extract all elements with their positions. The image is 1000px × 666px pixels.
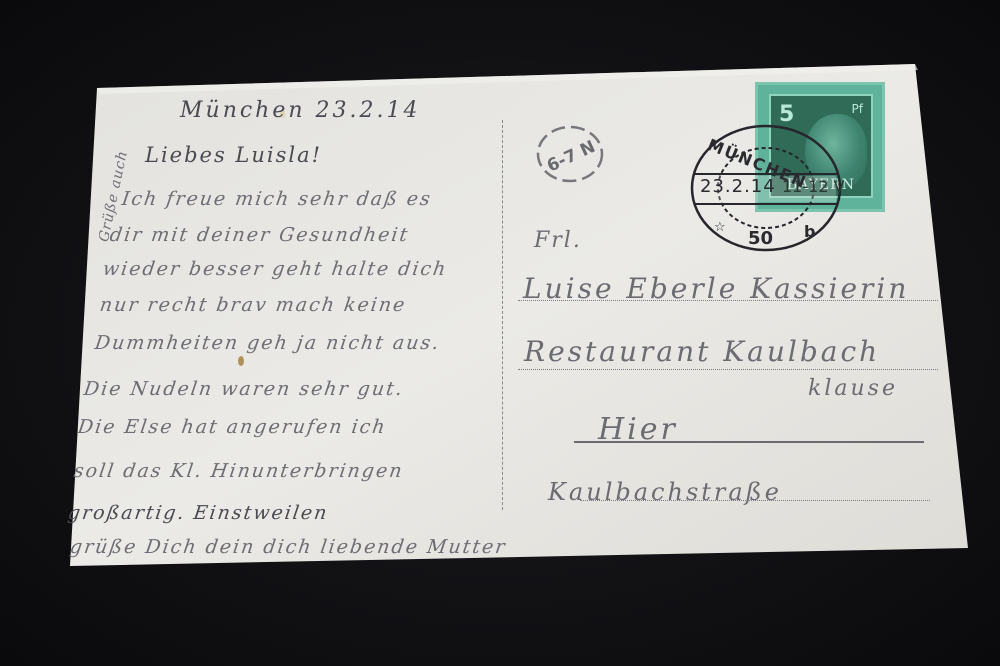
postmark-time: 11-12 V <box>782 177 845 196</box>
postmark-letter: b <box>804 222 815 241</box>
message-line: nur recht brav mach keine <box>98 294 407 316</box>
message-line: großartig. Einstweilen <box>66 502 330 524</box>
receiving-postmark: 6-7 N <box>528 118 618 188</box>
postmark-number: 50 <box>748 228 773 249</box>
stain-mark <box>238 356 244 366</box>
message-line: Dummheiten geh ja nicht aus. <box>93 332 441 354</box>
address-line <box>518 300 938 301</box>
svg-text:6-7 N: 6-7 N <box>544 137 599 177</box>
postmark-star: ☆ <box>714 220 726 235</box>
date-line: München 23.2.14 <box>180 98 421 123</box>
address-line <box>518 369 938 370</box>
address-line <box>580 500 930 501</box>
center-divider <box>502 120 503 510</box>
salutation: Liebes Luisla! <box>145 143 322 167</box>
message-line: grüße Dich dein dich liebende Mutter <box>68 536 507 558</box>
address-prefix: Frl. <box>534 228 582 253</box>
message-line: Die Else hat angerufen ich <box>76 416 388 438</box>
address-line <box>574 441 924 443</box>
stamp-unit: Pf <box>852 102 863 116</box>
address-street: Kaulbachstraße <box>548 478 782 506</box>
message-line: wieder besser geht halte dich <box>101 258 448 280</box>
postmark-date: 23.2.14 <box>700 176 776 197</box>
message-line: dir mit deiner Gesundheit <box>108 224 410 246</box>
message-line: Ich freue mich sehr daß es <box>120 188 433 210</box>
address-line2-continued: klause <box>808 376 898 401</box>
message-line: Die Nudeln waren sehr gut. <box>82 378 405 400</box>
message-line: soll das Kl. Hinunterbringen <box>72 460 405 482</box>
address-line2: Restaurant Kaulbach <box>524 335 880 368</box>
postcard: Grüße auch München 23.2.14 Liebes Luisla… <box>0 0 1000 666</box>
